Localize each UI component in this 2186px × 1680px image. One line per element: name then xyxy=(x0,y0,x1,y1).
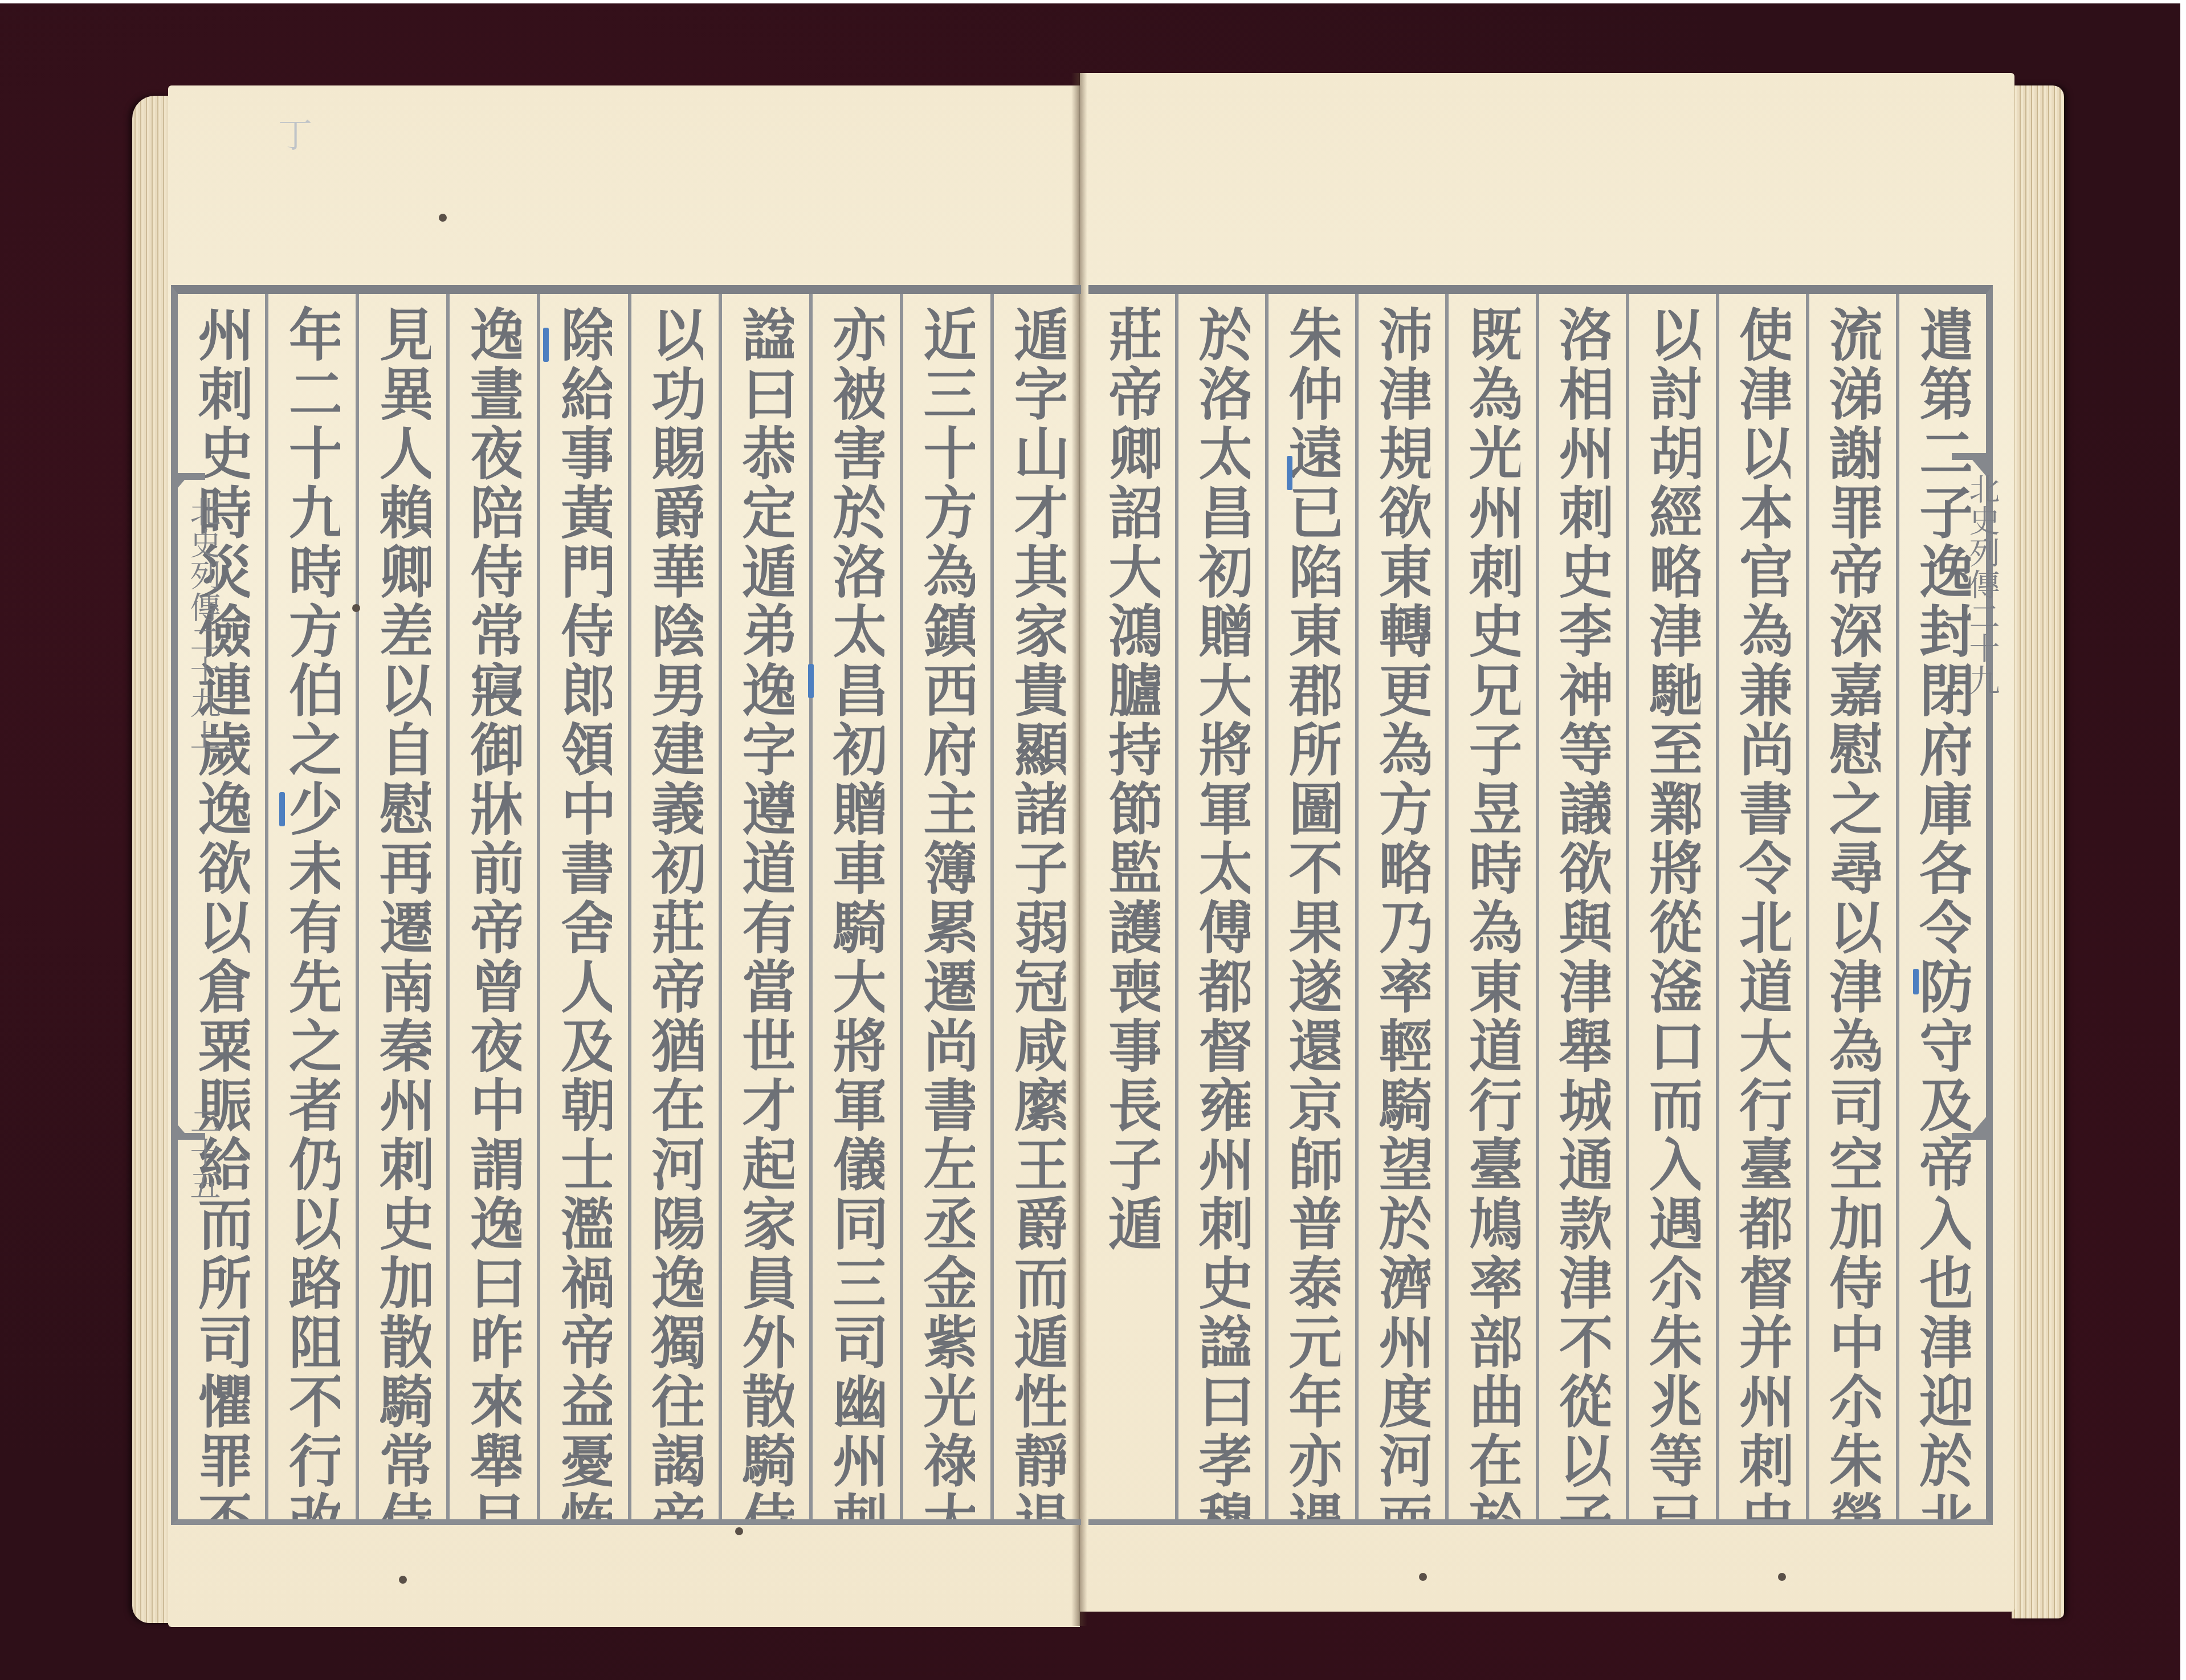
blue-annotation-mark xyxy=(1287,456,1292,490)
worm-hole xyxy=(735,1527,743,1535)
column-text: 莊帝卿詔大鴻臚持節監護喪事長子遁 xyxy=(1104,294,1160,1519)
text-column: 沛津規欲東轉更為方略乃率輕騎望於濟州度河而尒 xyxy=(1355,294,1445,1519)
text-column: 亦被害於洛太昌初贈車騎大將軍儀同三司幽州刺史 xyxy=(809,294,900,1519)
column-text: 流涕謝罪帝深嘉慰之尋以津為司空加侍中尒朱榮死 xyxy=(1824,294,1881,1519)
corner-note: 丁 xyxy=(268,117,317,151)
left-page-edges xyxy=(132,96,172,1623)
column-text: 近三十方為鎮西府主簿累遷尚書左丞金紫光祿大夫 xyxy=(919,294,975,1519)
text-column: 使津以本官為兼尚書令北道大行臺都督并州刺史委 xyxy=(1716,294,1806,1519)
column-text: 既為光州刺史兄子昱時為東道行臺鳩率部曲在於梁 xyxy=(1464,294,1520,1519)
text-column: 近三十方為鎮西府主簿累遷尚書左丞金紫光祿大夫 xyxy=(900,294,990,1519)
left-text-frame: 遁字山才其家貴顯諸子弱冠咸縻王爵而遁性靜退年 近三十方為鎮西府主簿累遷尚書左丞金… xyxy=(171,285,1081,1525)
text-column: 莊帝卿詔大鴻臚持節監護喪事長子遁 xyxy=(1088,294,1175,1519)
text-column: 於洛太昌初贈大將軍太傅都督雍州刺史諡曰孝穆將 xyxy=(1175,294,1265,1519)
text-column: 見異人賴卿差以自慰再遷南秦州刺史加散騎常侍時 xyxy=(356,294,446,1519)
column-text: 遁字山才其家貴顯諸子弱冠咸縻王爵而遁性靜退年 xyxy=(1009,294,1066,1519)
right-columns: 遣第二子逸封閉府庫各令防守及帝入也津迎於北芒 流涕謝罪帝深嘉慰之尋以津為司空加侍… xyxy=(1088,294,1986,1519)
text-column: 諡曰恭定遁弟逸字遵道有當世才起家員外散騎侍郎 xyxy=(719,294,809,1519)
right-white-border xyxy=(2180,0,2186,1680)
right-margin-title: 北史列傳二十九 xyxy=(1960,473,2004,696)
text-column: 除給事黃門侍郎領中書舍人及朝士濫禍帝益憂怖詔 xyxy=(537,294,627,1519)
worm-hole xyxy=(439,214,447,222)
right-page-edges xyxy=(2012,85,2064,1618)
column-text: 以討胡經略津馳至鄴將從滏口而入遇尒朱兆等已克 xyxy=(1644,294,1700,1519)
column-text: 見異人賴卿差以自慰再遷南秦州刺史加散騎常侍時 xyxy=(374,294,431,1519)
column-text: 使津以本官為兼尚書令北道大行臺都督并州刺史委 xyxy=(1734,294,1791,1519)
column-text: 亦被害於洛太昌初贈車騎大將軍儀同三司幽州刺史 xyxy=(828,294,884,1519)
worm-hole xyxy=(352,604,360,612)
text-column: 以功賜爵華陰男建義初莊帝猶在河陽逸獨往謁帝特 xyxy=(628,294,719,1519)
text-column: 洛相州刺史李神等議欲與津舉城通款津不從以子逸 xyxy=(1536,294,1626,1519)
blue-annotation-mark xyxy=(808,664,814,698)
left-margin-title: 北史列傳二十九上 xyxy=(181,496,225,751)
blue-annotation-mark xyxy=(279,792,285,826)
column-text: 諡曰恭定遁弟逸字遵道有當世才起家員外散騎侍郎 xyxy=(737,294,794,1519)
column-text: 年二十九時方伯之少未有先之者仍以路阻不行改光 xyxy=(284,294,340,1519)
worm-hole xyxy=(399,1576,407,1584)
text-column: 以討胡經略津馳至鄴將從滏口而入遇尒朱兆等已克 xyxy=(1626,294,1716,1519)
blue-annotation-mark xyxy=(1913,969,1919,994)
right-text-frame: 遣第二子逸封閉府庫各令防守及帝入也津迎於北芒 流涕謝罪帝深嘉慰之尋以津為司空加侍… xyxy=(1088,285,1993,1525)
column-text: 以功賜爵華陰男建義初莊帝猶在河陽逸獨往謁帝特 xyxy=(647,294,703,1519)
text-column: 逸晝夜陪侍常寢御牀前帝曾夜中謂逸曰昨來舉目唯 xyxy=(446,294,537,1519)
column-text: 洛相州刺史李神等議欲與津舉城通款津不從以子逸 xyxy=(1554,294,1610,1519)
worm-hole xyxy=(1778,1573,1786,1581)
worm-hole xyxy=(1419,1573,1427,1581)
blue-annotation-mark xyxy=(543,328,549,362)
left-columns: 遁字山才其家貴顯諸子弱冠咸縻王爵而遁性靜退年 近三十方為鎮西府主簿累遷尚書左丞金… xyxy=(178,294,1081,1519)
text-column: 遁字山才其家貴顯諸子弱冠咸縻王爵而遁性靜退年 xyxy=(990,294,1081,1519)
column-text: 沛津規欲東轉更為方略乃率輕騎望於濟州度河而尒 xyxy=(1374,294,1430,1519)
text-column: 年二十九時方伯之少未有先之者仍以路阻不行改光 xyxy=(265,294,356,1519)
text-column: 朱仲遠已陷東郡所圖不果遂還京師普泰元年亦遇害 xyxy=(1265,294,1355,1519)
text-column: 既為光州刺史兄子昱時為東道行臺鳩率部曲在於梁 xyxy=(1445,294,1535,1519)
column-text: 除給事黃門侍郎領中書舍人及朝士濫禍帝益憂怖詔 xyxy=(556,294,612,1519)
column-text: 於洛太昌初贈大將軍太傅都督雍州刺史諡曰孝穆將 xyxy=(1194,294,1250,1519)
column-text: 逸晝夜陪侍常寢御牀前帝曾夜中謂逸曰昨來舉目唯 xyxy=(465,294,521,1519)
text-column: 流涕謝罪帝深嘉慰之尋以津為司空加侍中尒朱榮死 xyxy=(1806,294,1896,1519)
left-margin-page-number: 二十五 xyxy=(181,1106,225,1201)
